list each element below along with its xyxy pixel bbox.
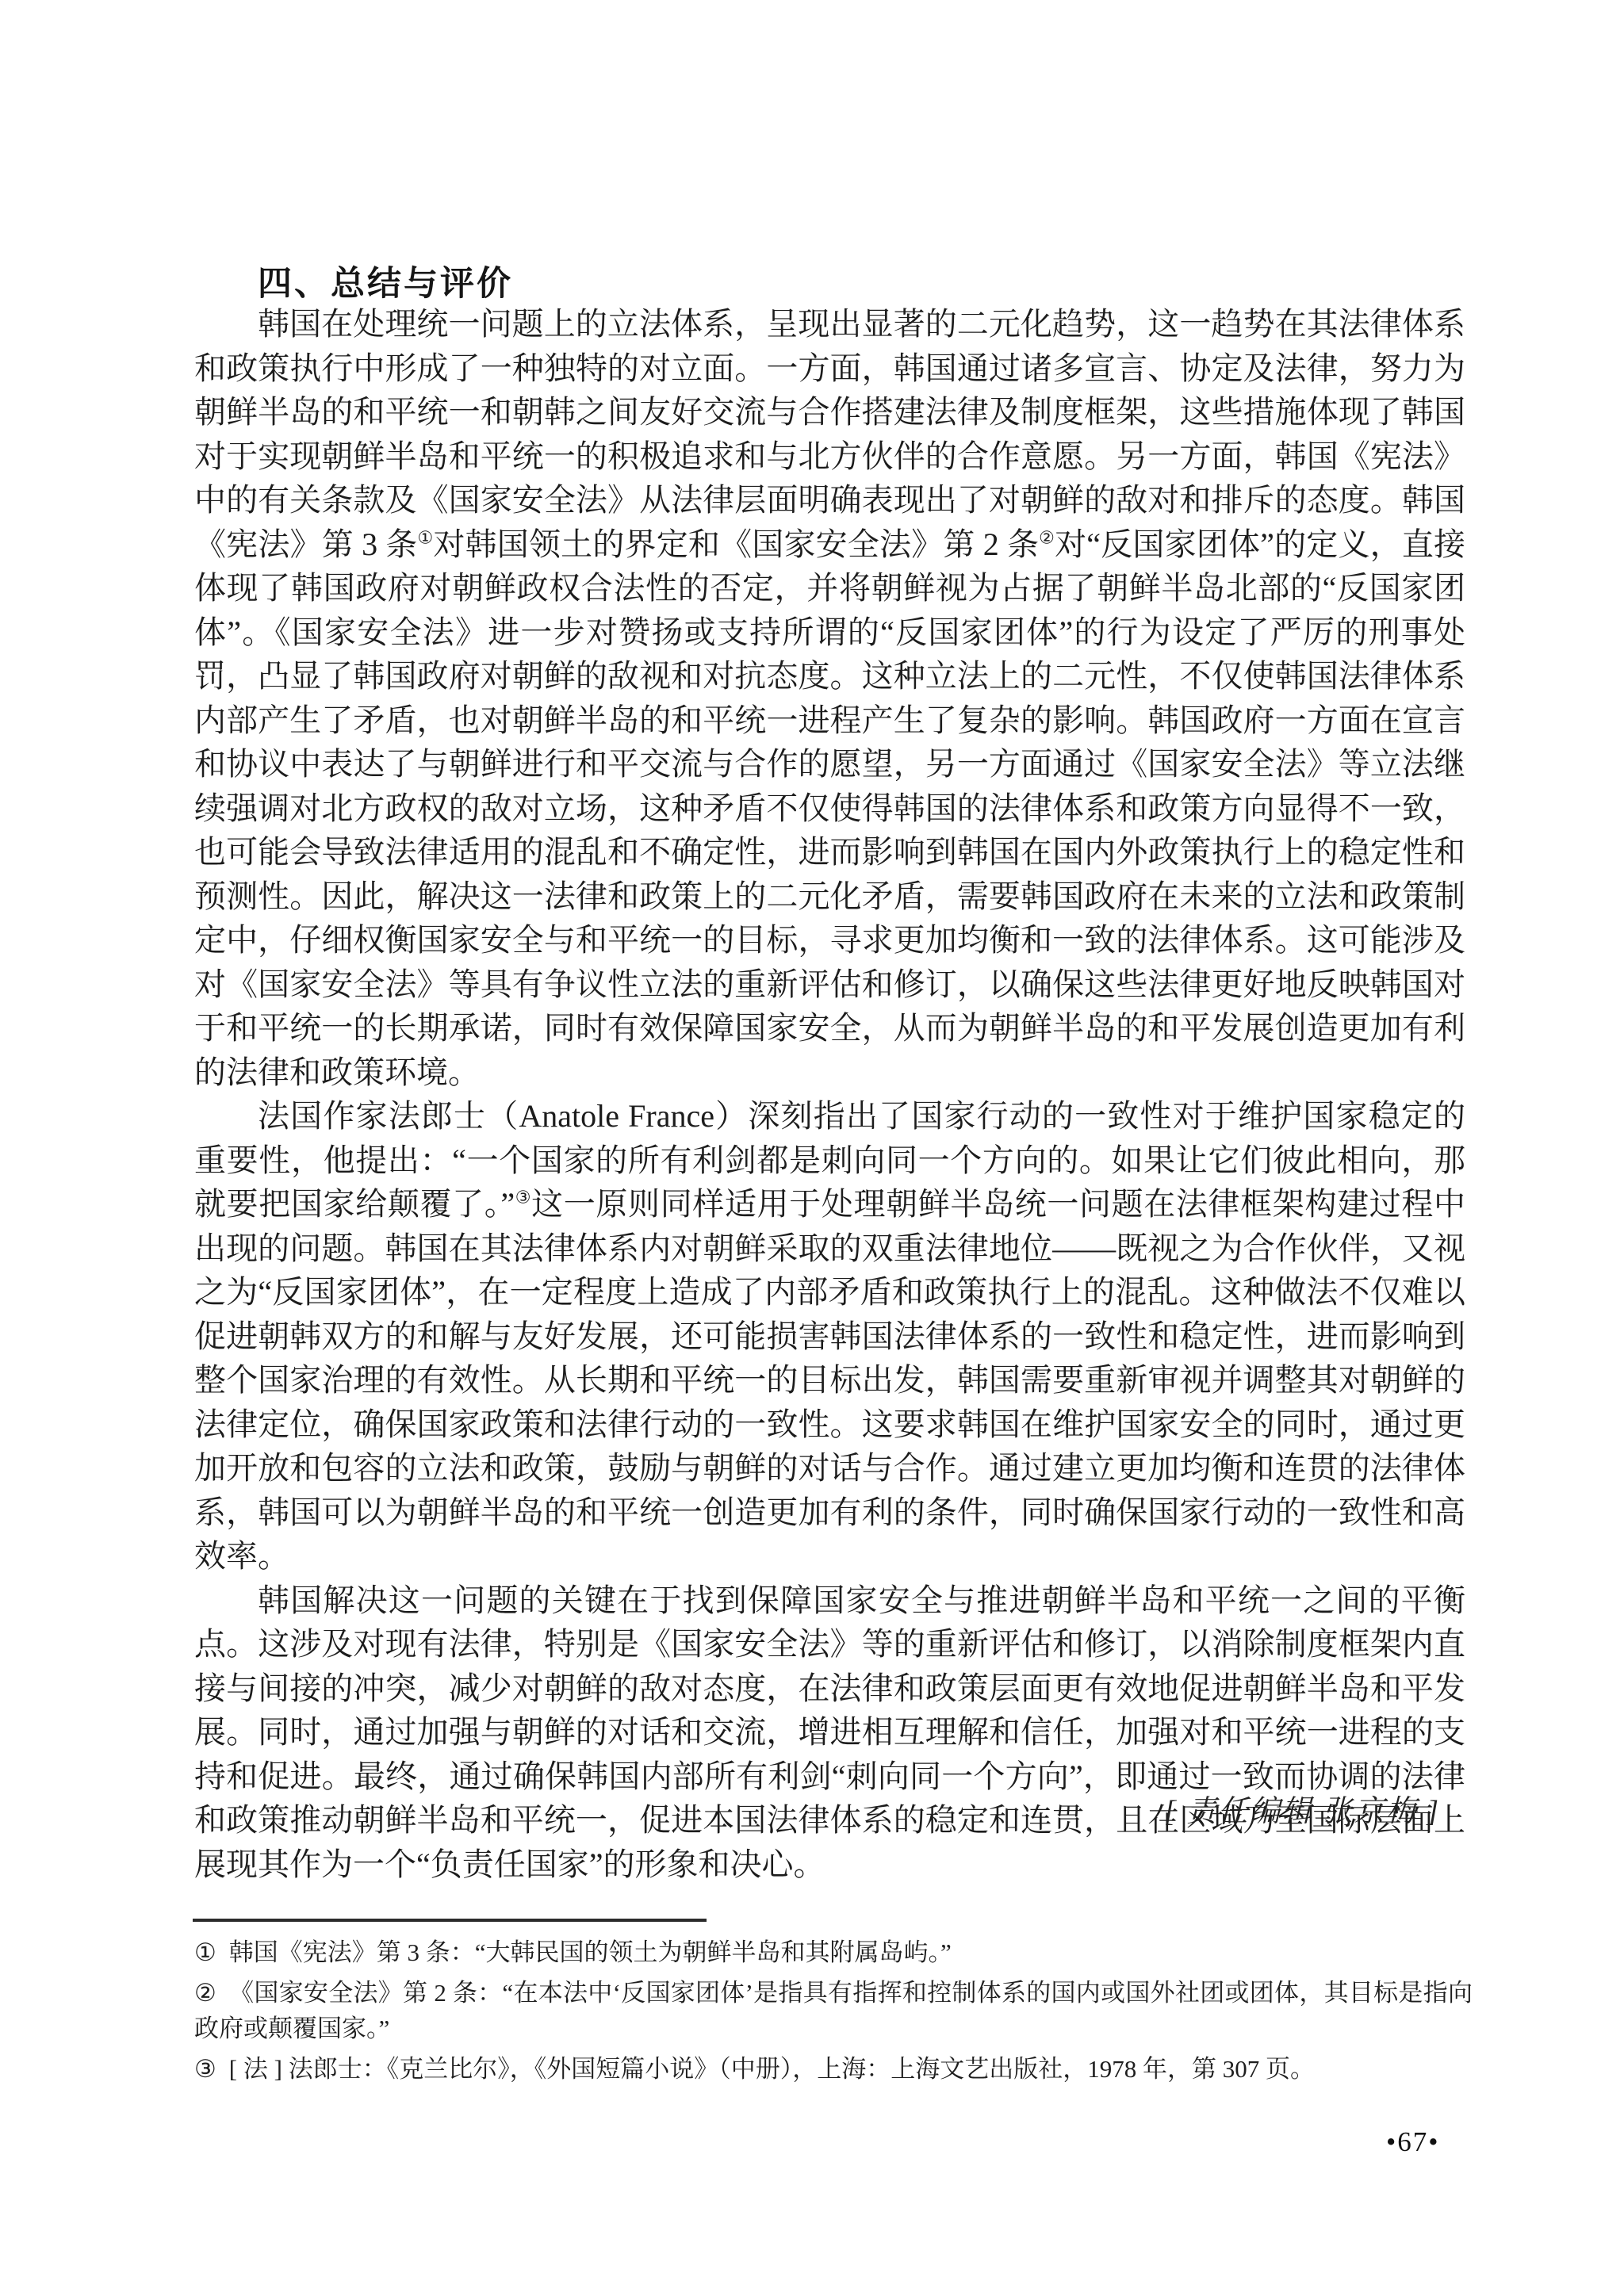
footnote-item: ②《国家安全法》第 2 条：“在本法中‘反国家团体’是指具有指挥和控制体系的国内…	[194, 1975, 1473, 2046]
footnote-item: ③[ 法 ] 法郎士：《克兰比尔》，《外国短篇小说》（中册），上海：上海文艺出版…	[194, 2051, 1473, 2087]
journal-page: { "page": { "heading": "四、总结与评价", "parag…	[0, 0, 1624, 2296]
article-body: 韩国在处理统一问题上的立法体系，呈现出显著的二元化趋势，这一趋势在其法律体系和政…	[194, 302, 1465, 1886]
footnotes: ①韩国《宪法》第 3 条：“大韩民国的领土为朝鲜半岛和其附属岛屿。” ②《国家安…	[194, 1934, 1473, 2091]
footnote-divider	[193, 1919, 707, 1922]
footnote-text: 韩国《宪法》第 3 条：“大韩民国的领土为朝鲜半岛和其附属岛屿。”	[229, 1938, 952, 1966]
paragraph: 法国作家法郎士（Anatole France）深刻指出了国家行动的一致性对于维护…	[194, 1094, 1465, 1578]
paragraph: 韩国在处理统一问题上的立法体系，呈现出显著的二元化趋势，这一趋势在其法律体系和政…	[194, 302, 1465, 1094]
footnote-marker: ②	[194, 1975, 216, 2011]
page-number: •67•	[1386, 2126, 1440, 2158]
footnote-text: [ 法 ] 法郎士：《克兰比尔》，《外国短篇小说》（中册），上海：上海文艺出版社…	[229, 2055, 1315, 2083]
footnote-text: 《国家安全法》第 2 条：“在本法中‘反国家团体’是指具有指挥和控制体系的国内或…	[194, 1979, 1473, 2042]
editor-credit: [ 责任编辑 张京梅 ]	[1164, 1786, 1440, 1830]
section-heading: 四、总结与评价	[258, 257, 513, 305]
footnote-marker: ①	[194, 1934, 216, 1970]
paragraph: 韩国解决这一问题的关键在于找到保障国家安全与推进朝鲜半岛和平统一之间的平衡点。这…	[194, 1578, 1465, 1887]
footnote-item: ①韩国《宪法》第 3 条：“大韩民国的领土为朝鲜半岛和其附属岛屿。”	[194, 1934, 1473, 1970]
footnote-marker: ③	[194, 2051, 216, 2087]
